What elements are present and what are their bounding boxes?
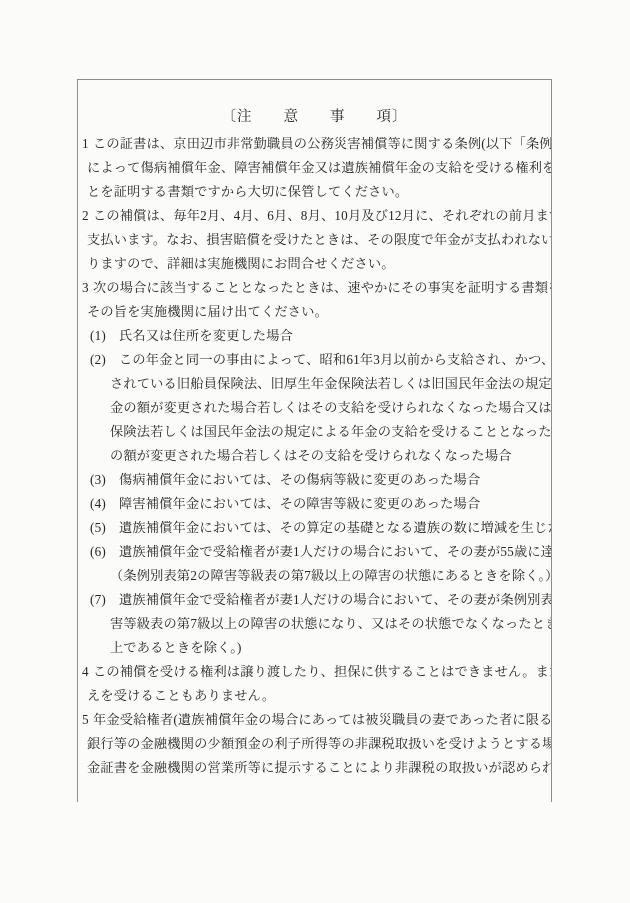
sub-item-number: (6) — [90, 540, 119, 564]
text-line: 支払います。なお、損害賠償を受けたときは、その限度で年金が支払われないこととな — [78, 228, 551, 252]
text-line: 害等級表の第7級以上の障害の状態になり、又はその状態でなくなったとき(55歳以 — [78, 612, 551, 636]
line-text: 遺族補償年金で受給権者が妻1人だけの場合において、その妻が条例別表第2の障 — [119, 592, 551, 607]
text-line: 3次の場合に該当することとなったときは、速やかにその事実を証明する書類を添えて — [78, 276, 551, 300]
text-line: 2この補償は、毎年2月、4月、6月、8月、10月及び12月に、それぞれの前月まで… — [78, 204, 551, 228]
text-line: とを証明する書類ですから大切に保管してください。 — [78, 180, 551, 204]
text-line: 金の額が変更された場合若しくはその支給を受けられなくなった場合又は厚生年金 — [78, 396, 551, 420]
sub-item-number: (4) — [90, 492, 119, 516]
item-number: 1 — [82, 132, 93, 156]
line-text: とを証明する書類ですから大切に保管してください。 — [87, 184, 408, 199]
text-line: （条例別表第2の障害等級表の第7級以上の障害の状態にあるときを除く。） — [78, 564, 551, 588]
line-text: の額が変更された場合若しくはその支給を受けられなくなった場合 — [110, 448, 512, 463]
line-text: 障害補償年金においては、その障害等級に変更のあった場合 — [119, 496, 480, 511]
line-text: 氏名又は住所を変更した場合 — [119, 328, 293, 343]
item-number: 2 — [82, 204, 93, 228]
text-line: (3)傷病補償年金においては、その傷病等級に変更のあった場合 — [78, 468, 551, 492]
text-line: (5)遺族補償年金においては、その算定の基礎となる遺族の数に増減を生じた場合 — [78, 516, 551, 540]
page-title: 〔注 意 事 項〕 — [78, 105, 551, 129]
line-text: 害等級表の第7級以上の障害の状態になり、又はその状態でなくなったとき(55歳以 — [110, 616, 551, 631]
text-line: (7)遺族補償年金で受給権者が妻1人だけの場合において、その妻が条例別表第2の障 — [78, 588, 551, 612]
line-text: その旨を実施機関に届け出てください。 — [87, 304, 328, 319]
line-text: えを受けることもありません。 — [87, 688, 275, 703]
text-line: その旨を実施機関に届け出てください。 — [78, 300, 551, 324]
line-text: 年金受給権者(遺族補償年金の場合にあっては被災職員の妻であった者に限る。)が、 — [93, 712, 551, 727]
line-text: 金の額が変更された場合若しくはその支給を受けられなくなった場合又は厚生年金 — [110, 400, 551, 415]
line-text: 銀行等の金融機関の少額預金の利子所得等の非課税取扱いを受けようとする場合は、年 — [87, 736, 551, 751]
sub-item-number: (5) — [90, 516, 119, 540]
text-line: 4この補償を受ける権利は譲り渡したり、担保に供することはできません。また、差押 — [78, 660, 551, 684]
text-line: りますので、詳細は実施機関にお問合せください。 — [78, 252, 551, 276]
line-text: 傷病補償年金においては、その傷病等級に変更のあった場合 — [119, 472, 480, 487]
line-text: この証書は、京田辺市非常勤職員の公務災害補償等に関する条例(以下「条例」という。… — [93, 136, 551, 151]
sub-item-number: (3) — [90, 468, 119, 492]
text-line: の額が変更された場合若しくはその支給を受けられなくなった場合 — [78, 444, 551, 468]
line-text: 支払います。なお、損害賠償を受けたときは、その限度で年金が支払われないこととな — [87, 232, 551, 247]
sub-item-number: (1) — [90, 324, 119, 348]
notes-border-box: 〔注 意 事 項〕 1この証書は、京田辺市非常勤職員の公務災害補償等に関する条例… — [77, 79, 552, 802]
text-line: 保険法若しくは国民年金法の規定による年金の支給を受けることとなった場合、そ — [78, 420, 551, 444]
text-line: 銀行等の金融機関の少額預金の利子所得等の非課税取扱いを受けようとする場合は、年 — [78, 732, 551, 756]
line-text: によって傷病補償年金、障害補償年金又は遺族補償年金の支給を受ける権利を有するこ — [87, 160, 551, 175]
text-line: (6)遺族補償年金で受給権者が妻1人だけの場合において、その妻が55歳に達したと… — [78, 540, 551, 564]
line-text: 金証書を金融機関の営業所等に提示することにより非課税の取扱いが認められます。 — [87, 760, 551, 775]
document-page: 〔注 意 事 項〕 1この証書は、京田辺市非常勤職員の公務災害補償等に関する条例… — [0, 0, 630, 903]
text-line: されている旧船員保険法、旧厚生年金保険法若しくは旧国民年金法の規定による年 — [78, 372, 551, 396]
item-number: 5 — [82, 708, 93, 732]
notes-list: 1この証書は、京田辺市非常勤職員の公務災害補償等に関する条例(以下「条例」という… — [78, 132, 551, 780]
text-line: (4)障害補償年金においては、その障害等級に変更のあった場合 — [78, 492, 551, 516]
sub-item-number: (2) — [90, 348, 119, 372]
line-text: （条例別表第2の障害等級表の第7級以上の障害の状態にあるときを除く。） — [110, 568, 551, 583]
text-line: 金証書を金融機関の営業所等に提示することにより非課税の取扱いが認められます。 — [78, 756, 551, 780]
text-line: 1この証書は、京田辺市非常勤職員の公務災害補償等に関する条例(以下「条例」という… — [78, 132, 551, 156]
item-number: 3 — [82, 276, 93, 300]
text-line: 上であるときを除く。) — [78, 636, 551, 660]
sub-item-number: (7) — [90, 588, 119, 612]
text-line: によって傷病補償年金、障害補償年金又は遺族補償年金の支給を受ける権利を有するこ — [78, 156, 551, 180]
line-text: この補償を受ける権利は譲り渡したり、担保に供することはできません。また、差押 — [93, 664, 551, 679]
text-line: (2)この年金と同一の事由によって、昭和61年3月以前から支給され、かつ、現に支… — [78, 348, 551, 372]
line-text: されている旧船員保険法、旧厚生年金保険法若しくは旧国民年金法の規定による年 — [110, 376, 551, 391]
line-text: この年金と同一の事由によって、昭和61年3月以前から支給され、かつ、現に支給 — [119, 352, 551, 367]
text-line: (1)氏名又は住所を変更した場合 — [78, 324, 551, 348]
line-text: この補償は、毎年2月、4月、6月、8月、10月及び12月に、それぞれの前月までの… — [93, 208, 551, 223]
item-number: 4 — [82, 660, 93, 684]
text-line: 5年金受給権者(遺族補償年金の場合にあっては被災職員の妻であった者に限る。)が、 — [78, 708, 551, 732]
line-text: 遺族補償年金においては、その算定の基礎となる遺族の数に増減を生じた場合 — [119, 520, 551, 535]
line-text: 上であるときを除く。) — [110, 640, 242, 655]
line-text: りますので、詳細は実施機関にお問合せください。 — [87, 256, 395, 271]
line-text: 次の場合に該当することとなったときは、速やかにその事実を証明する書類を添えて — [93, 280, 551, 295]
text-line: えを受けることもありません。 — [78, 684, 551, 708]
line-text: 遺族補償年金で受給権者が妻1人だけの場合において、その妻が55歳に達したとき — [119, 544, 551, 559]
line-text: 保険法若しくは国民年金法の規定による年金の支給を受けることとなった場合、そ — [110, 424, 551, 439]
